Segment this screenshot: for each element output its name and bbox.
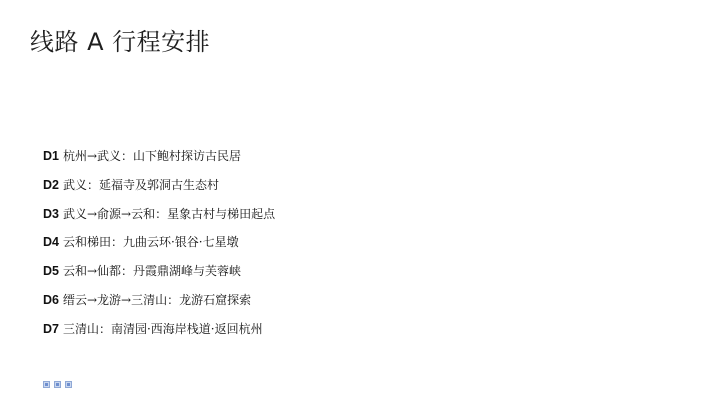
itinerary-item-d5: D5云和→仙都：丹霞鼎湖峰与芙蓉峡 (43, 262, 275, 291)
itinerary-item-d3: D3武义→俞源→云和：星象古村与梯田起点 (43, 205, 275, 234)
day-label: D2 (43, 178, 59, 192)
footer-icons (43, 381, 72, 388)
day-description: 云和梯田：九曲云环·银谷·七星墩 (63, 235, 239, 249)
day-label: D1 (43, 149, 59, 163)
image-icon[interactable] (43, 381, 50, 388)
itinerary-item-d4: D4云和梯田：九曲云环·银谷·七星墩 (43, 233, 275, 262)
itinerary-item-d7: D7三清山：南清园·西海岸栈道·返回杭州 (43, 320, 275, 349)
day-label: D5 (43, 264, 59, 278)
image-icon[interactable] (54, 381, 61, 388)
image-icon[interactable] (65, 381, 72, 388)
page-title: 线路 A 行程安排 (30, 27, 210, 57)
day-label: D3 (43, 207, 59, 221)
itinerary-item-d2: D2武义：延福寺及郭洞古生态村 (43, 176, 275, 205)
day-description: 缙云→龙游→三清山：龙游石窟探索 (63, 293, 251, 307)
itinerary-list: D1杭州→武义：山下鲍村探访古民居 D2武义：延福寺及郭洞古生态村 D3武义→俞… (43, 147, 275, 349)
day-description: 武义：延福寺及郭洞古生态村 (63, 178, 219, 192)
day-label: D4 (43, 235, 59, 249)
day-description: 三清山：南清园·西海岸栈道·返回杭州 (63, 322, 263, 336)
itinerary-item-d6: D6缙云→龙游→三清山：龙游石窟探索 (43, 291, 275, 320)
itinerary-item-d1: D1杭州→武义：山下鲍村探访古民居 (43, 147, 275, 176)
day-label: D7 (43, 322, 59, 336)
day-description: 云和→仙都：丹霞鼎湖峰与芙蓉峡 (63, 264, 241, 278)
day-description: 杭州→武义：山下鲍村探访古民居 (63, 149, 241, 163)
day-label: D6 (43, 293, 59, 307)
day-description: 武义→俞源→云和：星象古村与梯田起点 (63, 207, 275, 221)
